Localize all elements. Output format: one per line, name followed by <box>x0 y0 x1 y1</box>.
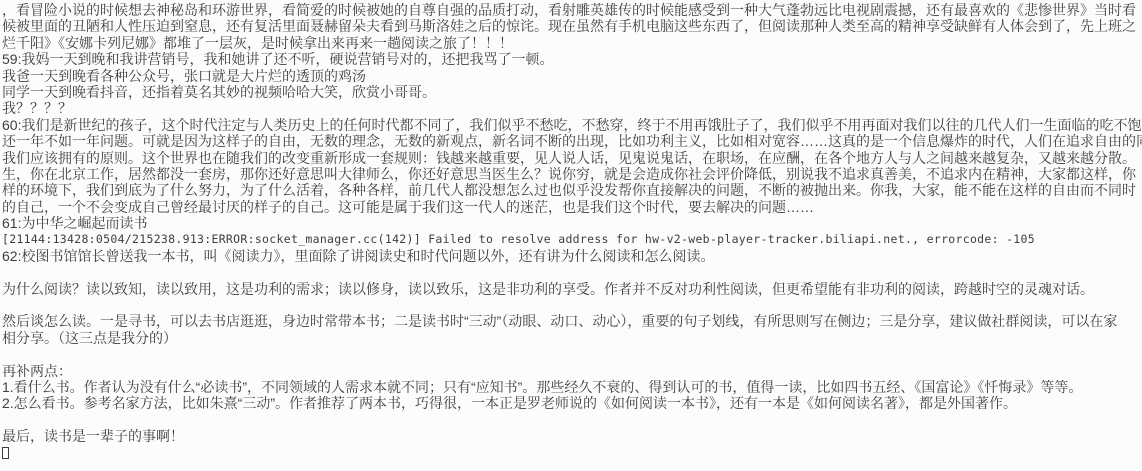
console-line: 62:校图书馆馆长曾送我一本书，叫《阅读力》，里面除了讲阅读史和时代问题以外，还… <box>2 248 1142 264</box>
console-line: 相分享。（这三点是我分的） <box>2 330 1142 346</box>
console-line: 60:我们是新世纪的孩子，这个时代注定与人类历史上的任何时代都不同了，我们似乎不… <box>2 117 1142 133</box>
console-blank-line <box>2 264 1142 280</box>
console-line: 候被里面的丑陋和人性压迫到窒息，还有复活里面聂赫留朵夫看到马斯洛娃之后的惊诧。现… <box>2 18 1142 34</box>
console-line: 我们应该拥有的原则。这个世界也在随我们的改变重新形成一套规则：钱越来越重要，见人… <box>2 150 1142 166</box>
console-line: 为什么阅读？读以致知，读以致用，这是功利的需求；读以修身，读以致乐，这是非功利的… <box>2 281 1142 297</box>
console-line <box>2 445 1142 461</box>
console-line: 1.看什么书。作者认为没有什么“必读书”，不同领域的人需求本就不同；只有“应知书… <box>2 379 1142 395</box>
console-line: 还一年不如一年问题。可就是因为这样子的自由，无数的理念，无数的新观点，新名词不断… <box>2 133 1142 149</box>
console-error-line: [21144:13428:0504/215238.913:ERROR:socke… <box>2 231 1142 247</box>
console-line: 样的环境下，我们到底为了什么努力，为了什么活着，各种各样，前几代人都没想怎么过也… <box>2 182 1142 198</box>
console-line: 生，你在北京工作，居然都没一套房，那你还好意思叫大律师么，你还好意思当医生么？说… <box>2 166 1142 182</box>
console-line: 再补两点： <box>2 363 1142 379</box>
console-line: 最后，读书是一辈子的事啊！ <box>2 428 1142 444</box>
console-blank-line <box>2 346 1142 362</box>
console-line: 我？？？？ <box>2 100 1142 116</box>
console-line: 同学一天到晚看抖音，还指着莫名其妙的视频哈哈大笑，欣赏小哥哥。 <box>2 84 1142 100</box>
console-line: 我爸一天到晚看各种公众号，张口就是大片烂的透顶的鸡汤 <box>2 68 1142 84</box>
console-line: 的自己，一个不会变成自己曾经最讨厌的样子的自己。这可能是属于我们这一代人的迷茫，… <box>2 199 1142 215</box>
console-blank-line <box>2 412 1142 428</box>
missing-glyph-cursor-box <box>2 447 9 459</box>
console-line: 59:我妈一天到晚和我讲营销号，我和她讲了还不听，硬说营销号对的，还把我骂了一顿… <box>2 51 1142 67</box>
console-line: 然后谈怎么读。一是寻书，可以去书店逛逛，身边时常带本书；二是读书时“三动”（动眼… <box>2 313 1142 329</box>
console-line: 烂千阳》《安娜卡列尼娜》都堆了一层灰，是时候拿出来再来一趟阅读之旅了！！！ <box>2 35 1142 51</box>
console-line: 61:为中华之崛起而读书 <box>2 215 1142 231</box>
console-blank-line <box>2 297 1142 313</box>
console-line: ，看冒险小说的时候想去神秘岛和环游世界，看简爱的时候被她的自尊自强的品质打动，看… <box>2 2 1142 18</box>
console-line: 2.怎么看书。参考名家方法，比如朱熹“三动”。作者推荐了两本书，巧得很，一本正是… <box>2 395 1142 411</box>
console-output: ，看冒险小说的时候想去神秘岛和环游世界，看简爱的时候被她的自尊自强的品质打动，看… <box>0 0 1142 471</box>
